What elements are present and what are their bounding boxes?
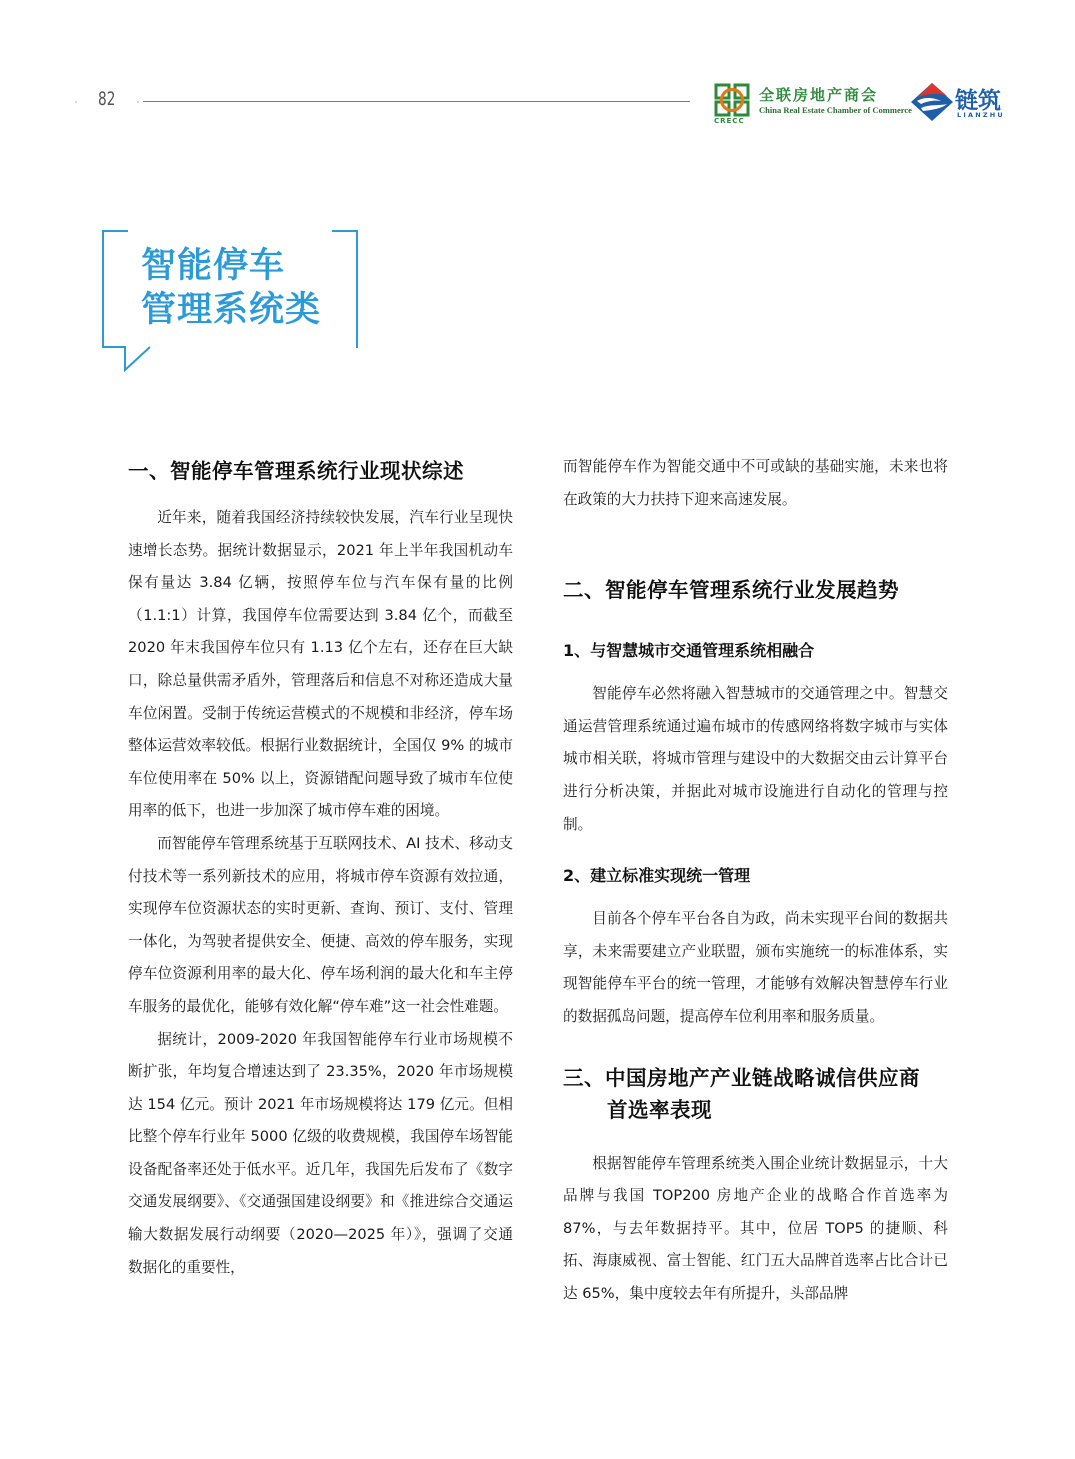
header-divider [143, 101, 690, 102]
section-1-heading: 一、智能停车管理系统行业现状综述 [128, 455, 513, 487]
page-number: 82 [98, 88, 115, 110]
paragraph: 而智能停车管理系统基于互联网技术、AI 技术、移动支付技术等一系列新技术的应用，… [128, 828, 513, 1024]
lianzhu-name-en: LIANZHU [957, 111, 1005, 119]
paragraph: 目前各个停车平台各自为政，尚未实现平台间的数据共享，未来需要建立产业联盟，颁布实… [563, 903, 948, 1033]
subsection-1-heading: 1、与智慧城市交通管理系统相融合 [563, 638, 948, 664]
lianzhu-logo-icon [909, 82, 955, 122]
chamber-name-cn: 全联房地产商会 [759, 84, 878, 105]
decorative-dot [75, 101, 77, 103]
paragraph: 智能停车必然将融入智慧城市的交通管理之中。智慧交通运营管理系统通过遍布城市的传感… [563, 678, 948, 841]
section-3-heading-line1: 三、中国房地产产业链战略诚信供应商 [563, 1066, 920, 1090]
section-3-heading: 三、中国房地产产业链战略诚信供应商 首选率表现 [563, 1062, 948, 1126]
left-column: 一、智能停车管理系统行业现状综述 近年来，随着我国经济持续较快发展，汽车行业呈现… [128, 455, 513, 1284]
crecc-abbr: CRECC [714, 117, 745, 125]
paragraph: 近年来，随着我国经济持续较快发展，汽车行业呈现快速增长态势。据统计数据显示，20… [128, 502, 513, 828]
category-title: 智能停车 管理系统类 [141, 244, 321, 332]
right-column: 而智能停车作为智能交通中不可或缺的基础实施，未来也将在政策的大力扶持下迎来高速发… [563, 455, 948, 1311]
category-title-line1: 智能停车 [141, 244, 321, 288]
section-2-heading: 二、智能停车管理系统行业发展趋势 [563, 574, 948, 606]
category-title-line2: 管理系统类 [141, 288, 321, 332]
paragraph: 据统计，2009-2020 年我国智能停车行业市场规模不断扩张，年均复合增速达到… [128, 1024, 513, 1285]
decorative-dot [137, 101, 139, 103]
section-3-heading-line2: 首选率表现 [563, 1094, 712, 1126]
chamber-name-en: China Real Estate Chamber of Commerce [759, 105, 912, 115]
paragraph: 根据智能停车管理系统类入围企业统计数据显示，十大品牌与我国 TOP200 房地产… [563, 1148, 948, 1311]
subsection-2-heading: 2、建立标准实现统一管理 [563, 863, 948, 889]
paragraph-continuation: 而智能停车作为智能交通中不可或缺的基础实施，未来也将在政策的大力扶持下迎来高速发… [563, 451, 948, 516]
